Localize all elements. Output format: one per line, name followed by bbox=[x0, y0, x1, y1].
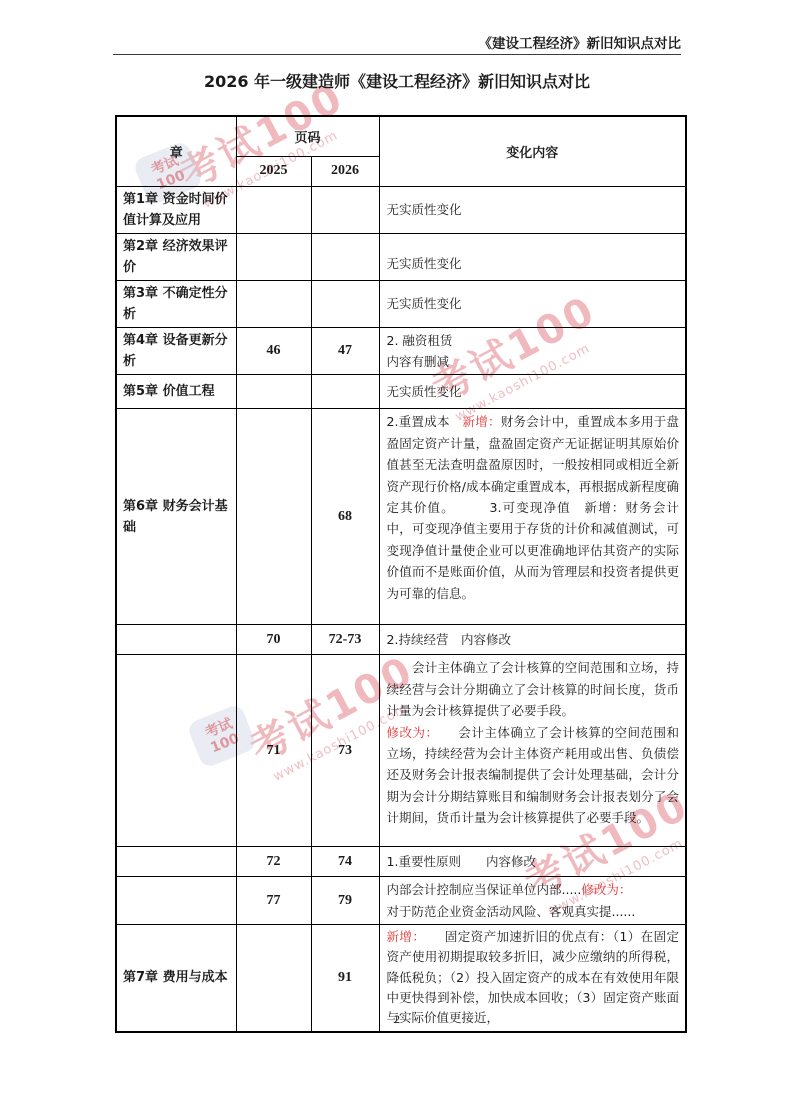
table-header: 章 页码 变化内容 2025 2026 bbox=[116, 116, 686, 186]
content-cell: 无实质性变化 bbox=[379, 280, 686, 327]
content-cell: 1.重要性原则 内容修改 bbox=[379, 847, 686, 877]
page-2026-cell: 47 bbox=[311, 327, 379, 375]
page-2025-cell bbox=[236, 186, 311, 233]
page-header-text: 《建设工程经济》新旧知识点对比 bbox=[479, 36, 682, 52]
page-2025-cell: 77 bbox=[236, 877, 311, 925]
content-cell: 2.持续经营 内容修改 bbox=[379, 625, 686, 655]
page-2026-cell: 74 bbox=[311, 847, 379, 877]
content-cell: 无实质性变化 bbox=[379, 186, 686, 233]
content-cell: 无实质性变化 bbox=[379, 233, 686, 280]
table-row: 77 79 内部会计控制应当保证单位内部.....修改为： 对于防范企业资金活动… bbox=[116, 877, 686, 925]
content-cell: 2. 融资租赁 内容有删减 bbox=[379, 327, 686, 375]
th-2025: 2025 bbox=[236, 156, 311, 186]
th-pages: 页码 bbox=[236, 116, 379, 156]
chapter-cell: 第1章 资金时间价值计算及应用 bbox=[116, 186, 236, 233]
page-2026-cell: 68 bbox=[311, 409, 379, 625]
chapter-cell bbox=[116, 625, 236, 655]
chapter-cell: 第2章 经济效果评价 bbox=[116, 233, 236, 280]
page-2025-cell: 71 bbox=[236, 655, 311, 847]
table-body: 第1章 资金时间价值计算及应用 无实质性变化 第2章 经济效果评价 无实质性变化… bbox=[116, 186, 686, 1032]
table-row: 第4章 设备更新分析 46 47 2. 融资租赁 内容有删减 bbox=[116, 327, 686, 375]
table-row: 第6章 财务会计基础 68 2.重置成本 新增：财务会计中，重置成本多用于盘盈固… bbox=[116, 409, 686, 625]
chapter-cell: 第5章 价值工程 bbox=[116, 375, 236, 409]
th-changes: 变化内容 bbox=[379, 116, 686, 186]
page-2026-cell bbox=[311, 186, 379, 233]
chapter-cell: 第4章 设备更新分析 bbox=[116, 327, 236, 375]
page-2025-cell bbox=[236, 409, 311, 625]
doc-title: 2026 年一级建造师《建设工程经济》新旧知识点对比 bbox=[0, 69, 794, 92]
content-cell: 会计主体确立了会计核算的空间范围和立场，持续经营与会计分期确立了会计核算的时间长… bbox=[379, 655, 686, 847]
page-number: 2 bbox=[0, 1012, 794, 1027]
table-row: 第2章 经济效果评价 无实质性变化 bbox=[116, 233, 686, 280]
table-row: 70 72-73 2.持续经营 内容修改 bbox=[116, 625, 686, 655]
page-2026-cell: 73 bbox=[311, 655, 379, 847]
chapter-cell bbox=[116, 877, 236, 925]
content-cell: 无实质性变化 bbox=[379, 375, 686, 409]
page-2026-cell: 79 bbox=[311, 877, 379, 925]
page-2025-cell bbox=[236, 280, 311, 327]
chapter-cell: 第3章 不确定性分析 bbox=[116, 280, 236, 327]
page-2025-cell: 70 bbox=[236, 625, 311, 655]
page-2025-cell bbox=[236, 375, 311, 409]
header-row-1: 章 页码 变化内容 bbox=[116, 116, 686, 156]
table-row: 第5章 价值工程 无实质性变化 bbox=[116, 375, 686, 409]
th-2026: 2026 bbox=[311, 156, 379, 186]
page-2026-cell bbox=[311, 233, 379, 280]
content-cell: 内部会计控制应当保证单位内部.....修改为： 对于防范企业资金活动风险、客观真… bbox=[379, 877, 686, 925]
table-row: 第3章 不确定性分析 无实质性变化 bbox=[116, 280, 686, 327]
table-row: 第1章 资金时间价值计算及应用 无实质性变化 bbox=[116, 186, 686, 233]
chapter-cell: 第6章 财务会计基础 bbox=[116, 409, 236, 625]
page-2025-cell bbox=[236, 233, 311, 280]
page-2025-cell: 46 bbox=[236, 327, 311, 375]
page-2026-cell bbox=[311, 375, 379, 409]
chapter-cell bbox=[116, 655, 236, 847]
table-row: 71 73 会计主体确立了会计核算的空间范围和立场，持续经营与会计分期确立了会计… bbox=[116, 655, 686, 847]
page-2026-cell bbox=[311, 280, 379, 327]
page-2025-cell: 72 bbox=[236, 847, 311, 877]
comparison-table: 章 页码 变化内容 2025 2026 第1章 资金时间价值计算及应用 无实质性… bbox=[115, 115, 687, 1033]
header-rule bbox=[113, 54, 681, 55]
th-chapter: 章 bbox=[116, 116, 236, 186]
table-row: 72 74 1.重要性原则 内容修改 bbox=[116, 847, 686, 877]
content-cell: 2.重置成本 新增：财务会计中，重置成本多用于盘盈固定资产计量，盘盈固定资产无证… bbox=[379, 409, 686, 625]
page-2026-cell: 72-73 bbox=[311, 625, 379, 655]
chapter-cell bbox=[116, 847, 236, 877]
page-header: 《建设工程经济》新旧知识点对比 bbox=[113, 32, 681, 52]
